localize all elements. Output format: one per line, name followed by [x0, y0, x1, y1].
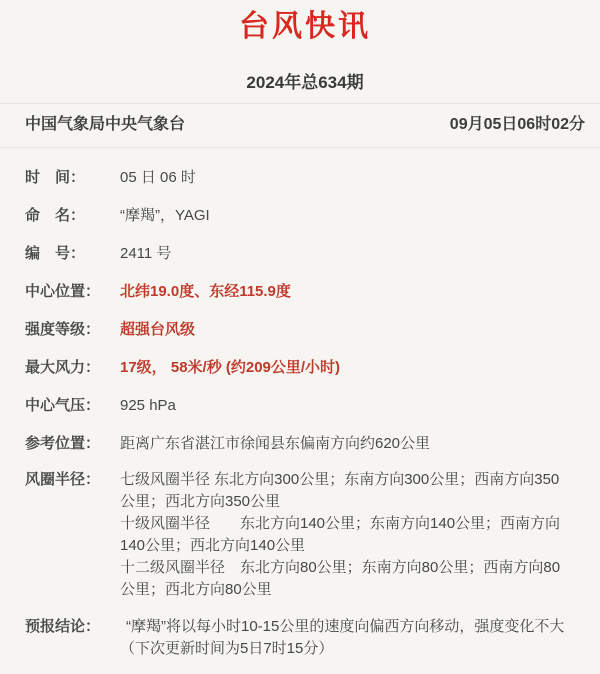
field-row-name: 命 名： “摩羯”，YAGI: [25, 203, 585, 228]
field-row-center-position: 中心位置： 北纬19.0度、东经115.9度: [25, 279, 585, 304]
next-update-time: （下次更新时间为5日7时15分）: [120, 638, 570, 660]
field-row-time: 时 间： 05 日 06 时: [25, 165, 585, 190]
field-label: 中心气压：: [25, 393, 120, 418]
field-list: 时 间： 05 日 06 时 命 名： “摩羯”，YAGI 编 号： 2411 …: [25, 148, 585, 660]
field-row-central-pressure: 中心气压： 925 hPa: [25, 393, 585, 418]
field-value: 2411 号: [120, 241, 585, 266]
wind-circle-level10: 十级风圈半径 东北方向140公里；东南方向140公里；西南方向140公里；西北方…: [120, 513, 570, 557]
field-value: 925 hPa: [120, 393, 585, 418]
field-label: 时 间：: [25, 165, 120, 190]
field-row-intensity: 强度等级： 超强台风级: [25, 317, 585, 342]
field-row-max-wind: 最大风力： 17级， 58米/秒 (约209公里/小时): [25, 355, 585, 380]
field-value: 距离广东省湛江市徐闻县东偏南方向约620公里: [120, 431, 585, 456]
report-datetime: 09月05日06时02分: [450, 114, 585, 136]
wind-circle-level12: 十二级风圈半径 东北方向80公里；东南方向80公里；西南方向80公里；西北方向8…: [120, 557, 570, 601]
field-value: 七级风圈半径 东北方向300公里；东南方向300公里；西南方向350公里；西北方…: [120, 469, 585, 601]
meta-row: 中国气象局中央气象台 09月05日06时02分: [25, 104, 585, 142]
field-label: 最大风力：: [25, 355, 120, 380]
typhoon-bulletin: 台风快讯 2024年总634期 中国气象局中央气象台 09月05日06时02分 …: [0, 0, 600, 660]
wind-circle-level7: 七级风圈半径 东北方向300公里；东南方向300公里；西南方向350公里；西北方…: [120, 469, 570, 513]
field-label: 中心位置：: [25, 279, 120, 304]
field-row-number: 编 号： 2411 号: [25, 241, 585, 266]
field-label: 编 号：: [25, 241, 120, 266]
field-row-wind-circle-radius: 风圈半径： 七级风圈半径 东北方向300公里；东南方向300公里；西南方向350…: [25, 469, 585, 601]
issue-number: 2024年总634期: [25, 72, 585, 94]
field-label: 风圈半径：: [25, 469, 120, 491]
field-label: 强度等级：: [25, 317, 120, 342]
bulletin-title: 台风快讯: [25, 0, 585, 47]
field-value-highlight: 北纬19.0度、东经115.9度: [120, 279, 585, 304]
agency-name: 中国气象局中央气象台: [25, 114, 185, 136]
field-row-reference-position: 参考位置： 距离广东省湛江市徐闻县东偏南方向约620公里: [25, 431, 585, 456]
field-value: “摩羯”，YAGI: [120, 203, 585, 228]
forecast-text: “摩羯”将以每小时10-15公里的速度向偏西方向移动，强度变化不大: [120, 616, 570, 638]
field-value: 05 日 06 时: [120, 165, 585, 190]
field-label: 命 名：: [25, 203, 120, 228]
field-label: 预报结论：: [25, 616, 120, 638]
field-label: 参考位置：: [25, 431, 120, 456]
field-value-highlight: 超强台风级: [120, 317, 585, 342]
field-value: “摩羯”将以每小时10-15公里的速度向偏西方向移动，强度变化不大 （下次更新时…: [120, 616, 585, 660]
field-row-forecast-conclusion: 预报结论： “摩羯”将以每小时10-15公里的速度向偏西方向移动，强度变化不大 …: [25, 616, 585, 660]
field-value-highlight: 17级， 58米/秒 (约209公里/小时): [120, 355, 585, 380]
